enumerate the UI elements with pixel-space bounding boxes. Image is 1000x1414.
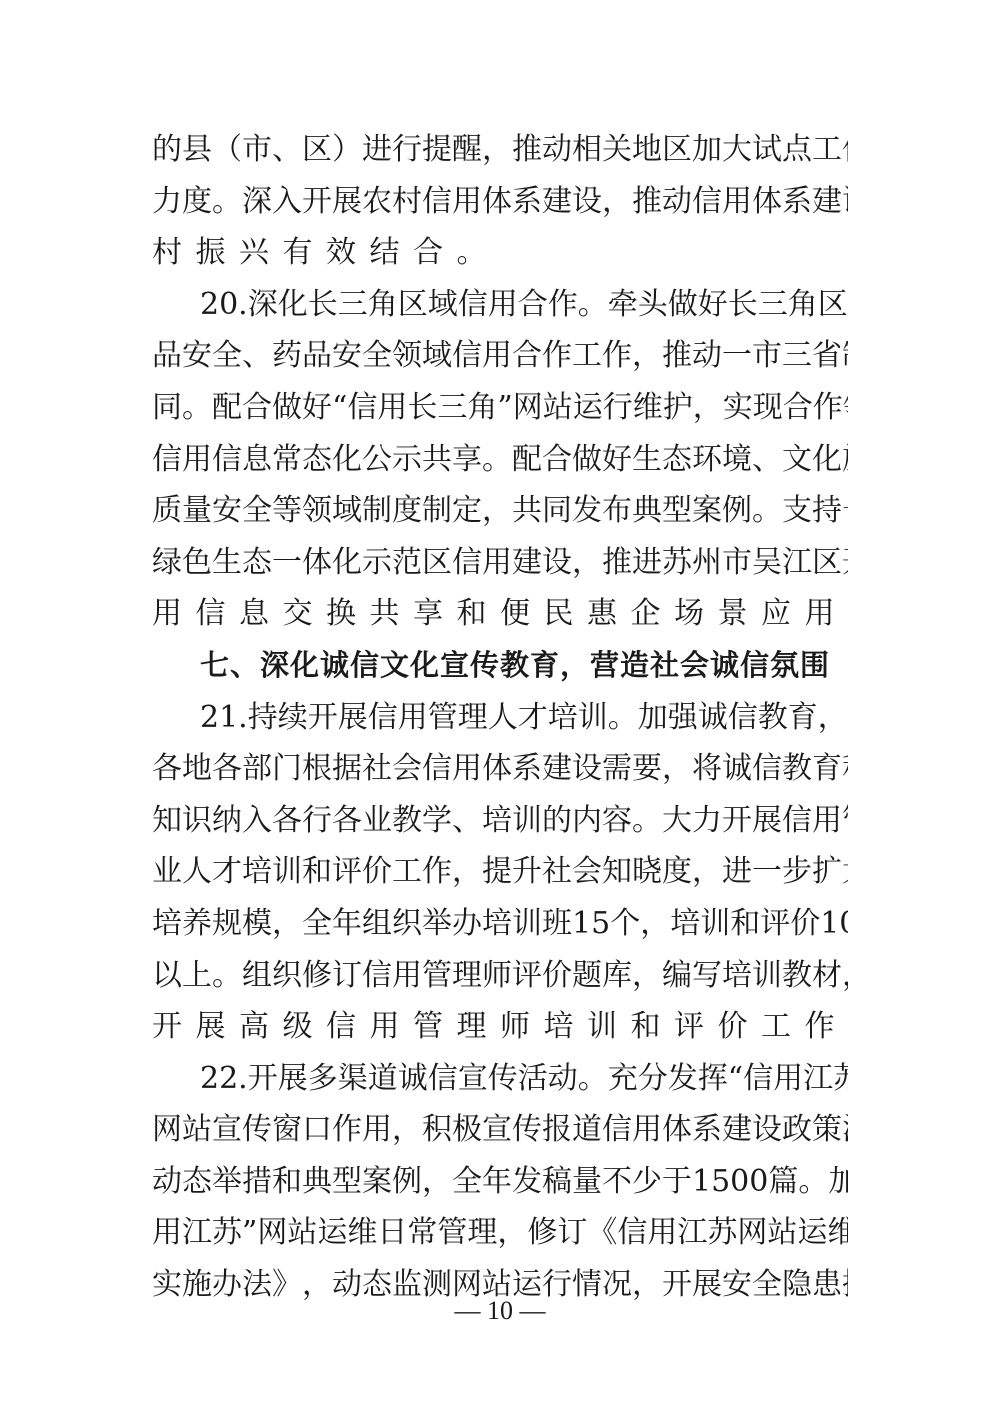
text-line: 业人才培训和评价工作，提升社会知晓度，进一步扩大人才 xyxy=(152,846,848,898)
text-line: 力度。深入开展农村信用体系建设，推动信用体系建设和乡 xyxy=(152,176,848,228)
text-line: 村振兴有效结合。 xyxy=(152,227,848,279)
text-line: 同。配合做好“信用长三角”网站运行维护，实现合作领域 xyxy=(152,382,848,434)
text-line: 用信息交换共享和便民惠企场景应用。 xyxy=(152,588,848,640)
item-lead-line: 21.持续开展信用管理人才培训。加强诚信教育，组织 xyxy=(152,692,848,744)
document-body: 的县（市、区）进行提醒，推动相关地区加大试点工作推进 力度。深入开展农村信用体系… xyxy=(152,124,848,1311)
text-line: 各地各部门根据社会信用体系建设需要，将诚信教育和信用 xyxy=(152,743,848,795)
section-heading-7: 七、深化诚信文化宣传教育，营造社会诚信氛围 xyxy=(152,640,848,692)
text-line: 以上。组织修订信用管理师评价题库，编写培训教材，探索 xyxy=(152,950,848,1002)
text-line: 的县（市、区）进行提醒，推动相关地区加大试点工作推进 xyxy=(152,124,848,176)
text-line: 培养规模，全年组织举办培训班15个，培训和评价1000人 xyxy=(152,898,848,950)
text-line: 知识纳入各行各业教学、培训的内容。大力开展信用管理职 xyxy=(152,795,848,847)
text-line: 质量安全等领域制度制定，共同发布典型案例。支持长三角 xyxy=(152,485,848,537)
document-page: 的县（市、区）进行提醒，推动相关地区加大试点工作推进 力度。深入开展农村信用体系… xyxy=(0,0,1000,1414)
item-lead-line: 22.开展多渠道诚信宣传活动。充分发挥“信用江苏” xyxy=(152,1053,848,1105)
text-line: 绿色生态一体化示范区信用建设，推进苏州市吴江区开展信 xyxy=(152,537,848,589)
text-line: 开展高级信用管理师培训和评价工作。 xyxy=(152,1001,848,1053)
text-line: 信用信息常态化公示共享。配合做好生态环境、文化旅游、 xyxy=(152,434,848,486)
section-heading: 七、深化诚信文化宣传教育，营造社会诚信氛围 xyxy=(152,640,848,692)
page-number: — 10 — xyxy=(0,1296,1000,1326)
paragraph-item-20: 20.深化长三角区域信用合作。牵头做好长三角区域食 品安全、药品安全领域信用合作… xyxy=(152,279,848,640)
text-line: 网站宣传窗口作用，积极宣传报道信用体系建设政策法规、 xyxy=(152,1104,848,1156)
item-lead-line: 20.深化长三角区域信用合作。牵头做好长三角区域食 xyxy=(152,279,848,331)
text-line: 品安全、药品安全领域信用合作工作，推动一市三省制度趋 xyxy=(152,330,848,382)
text-line: 动态举措和典型案例，全年发稿量不少于1500篇。加强“信 xyxy=(152,1156,848,1208)
paragraph-continuation: 的县（市、区）进行提醒，推动相关地区加大试点工作推进 力度。深入开展农村信用体系… xyxy=(152,124,848,279)
paragraph-item-22: 22.开展多渠道诚信宣传活动。充分发挥“信用江苏” 网站宣传窗口作用，积极宣传报… xyxy=(152,1053,848,1311)
text-line: 用江苏”网站运维日常管理，修订《信用江苏网站运维管理 xyxy=(152,1207,848,1259)
paragraph-item-21: 21.持续开展信用管理人才培训。加强诚信教育，组织 各地各部门根据社会信用体系建… xyxy=(152,692,848,1053)
